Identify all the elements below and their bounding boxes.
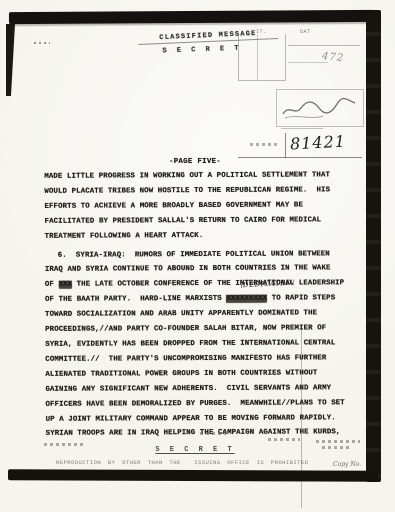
- scribble-mark: [277, 90, 361, 124]
- scan-specks: [34, 42, 50, 44]
- body-line: GAINING ANY SIGNIFICANT NEW ADHERENTS. C…: [45, 381, 363, 398]
- faint-footer-smudge: [322, 446, 352, 449]
- body-line: UP A JOINT MILITARY COMMAND APPEAR TO BE…: [46, 411, 364, 428]
- body-line: FACILITATED BY PRESIDENT SALLAL'S RETURN…: [45, 213, 363, 230]
- faint-footer-smudge: [200, 432, 226, 435]
- struck-word: XXXXXXXXX: [226, 295, 267, 303]
- copy-number-label: Copy No.: [333, 461, 361, 468]
- page-heading: -PAGE FIVE-: [135, 158, 255, 166]
- routing-form-label-left: IT.: [256, 29, 267, 35]
- faint-footer-smudge: [268, 438, 300, 441]
- body-line: MADE LITTLE PROGRESS IN WORKING OUT A PO…: [44, 168, 362, 185]
- classification-banner-bottom: S E C R E T: [140, 446, 250, 454]
- scanned-document-page: CLASSIFIED MESSAGE S E C R E T IT. DAT 4…: [0, 0, 395, 512]
- routing-form-label-right: DAT: [300, 29, 311, 35]
- routing-form-divider: [257, 34, 258, 80]
- scan-border-bottom: [8, 469, 378, 482]
- handwritten-control-number: 81421: [290, 132, 347, 154]
- reproduction-notice: REPRODUCTION BY OTHER THAN THE ISSUING O…: [56, 459, 326, 466]
- body-line: SYRIA, EVIDENTLY HAS BEEN DROPPED FROM T…: [45, 336, 363, 353]
- body-line: EFFORTS TO ACHIEVE A MORE BROADLY BASED …: [44, 198, 362, 215]
- line-segment: OF: [45, 281, 59, 289]
- faint-number-stamp: 472: [321, 51, 344, 64]
- message-body: MADE LITTLE PROGRESS IN WORKING OUT A PO…: [44, 168, 363, 442]
- body-line: OFFICERS HAVE BEEN DEMORALIZED BY PURGES…: [45, 396, 363, 413]
- handwritten-scribble-box: [276, 89, 364, 127]
- routing-form-box: [238, 34, 286, 81]
- line-segment: TO RAPID STEPS: [267, 295, 335, 303]
- control-number-cell-divider: [285, 133, 286, 158]
- body-line: TREATMENT FOLLOWING A HEART ATTACK.: [45, 228, 363, 245]
- struck-word: XXX: [58, 281, 72, 289]
- body-line-with-strikeout: OF XXX THE LATE OCTOBER CONFERENCE OF TH…: [45, 277, 363, 294]
- scan-border-right: [366, 10, 381, 482]
- faint-footer-smudge: [316, 440, 360, 443]
- body-line-with-strikeout: OF THE BAATH PARTY. HARD-LINE MARXISTS X…: [45, 291, 363, 308]
- body-line: PROCEEDINGS,//AND PARTY CO-FOUNDER SALAH…: [45, 321, 363, 338]
- body-line: TOWARD SOCIALIZATION AND ARAB UNITY APPA…: [45, 306, 363, 323]
- body-line: 6. SYRIA-IRAQ: RUMORS OF IMMEDIATE POLIT…: [45, 247, 363, 264]
- body-line: ALIENATED TRADITIONAL POWER GROUPS IN BO…: [45, 366, 363, 383]
- body-line: WOULD PLACATE TRIBES NOW HOSTILE TO THE …: [44, 183, 362, 200]
- routing-form-line-1: [288, 45, 360, 46]
- faint-footer-smudge: [44, 443, 84, 446]
- routing-form-line-2: [288, 62, 328, 63]
- line-segment: THE LATE OCTOBER CONFERENCE OF THE INTER…: [72, 280, 344, 289]
- faint-typed-smudge: [250, 143, 278, 146]
- scan-border-top: [9, 10, 373, 24]
- fold-crease-line: [301, 328, 302, 508]
- line-segment: OF THE BAATH PARTY. HARD-LINE MARXISTS: [45, 295, 226, 304]
- control-number-cell-line: [238, 157, 362, 158]
- scribble-underline: [281, 128, 323, 129]
- body-line: IRAQ AND SYRIA CONTINUE TO ABOUND IN BOT…: [45, 262, 363, 279]
- body-line: COMMITTEE.// THE PARTY'S UNCOMPROMISING …: [45, 351, 363, 368]
